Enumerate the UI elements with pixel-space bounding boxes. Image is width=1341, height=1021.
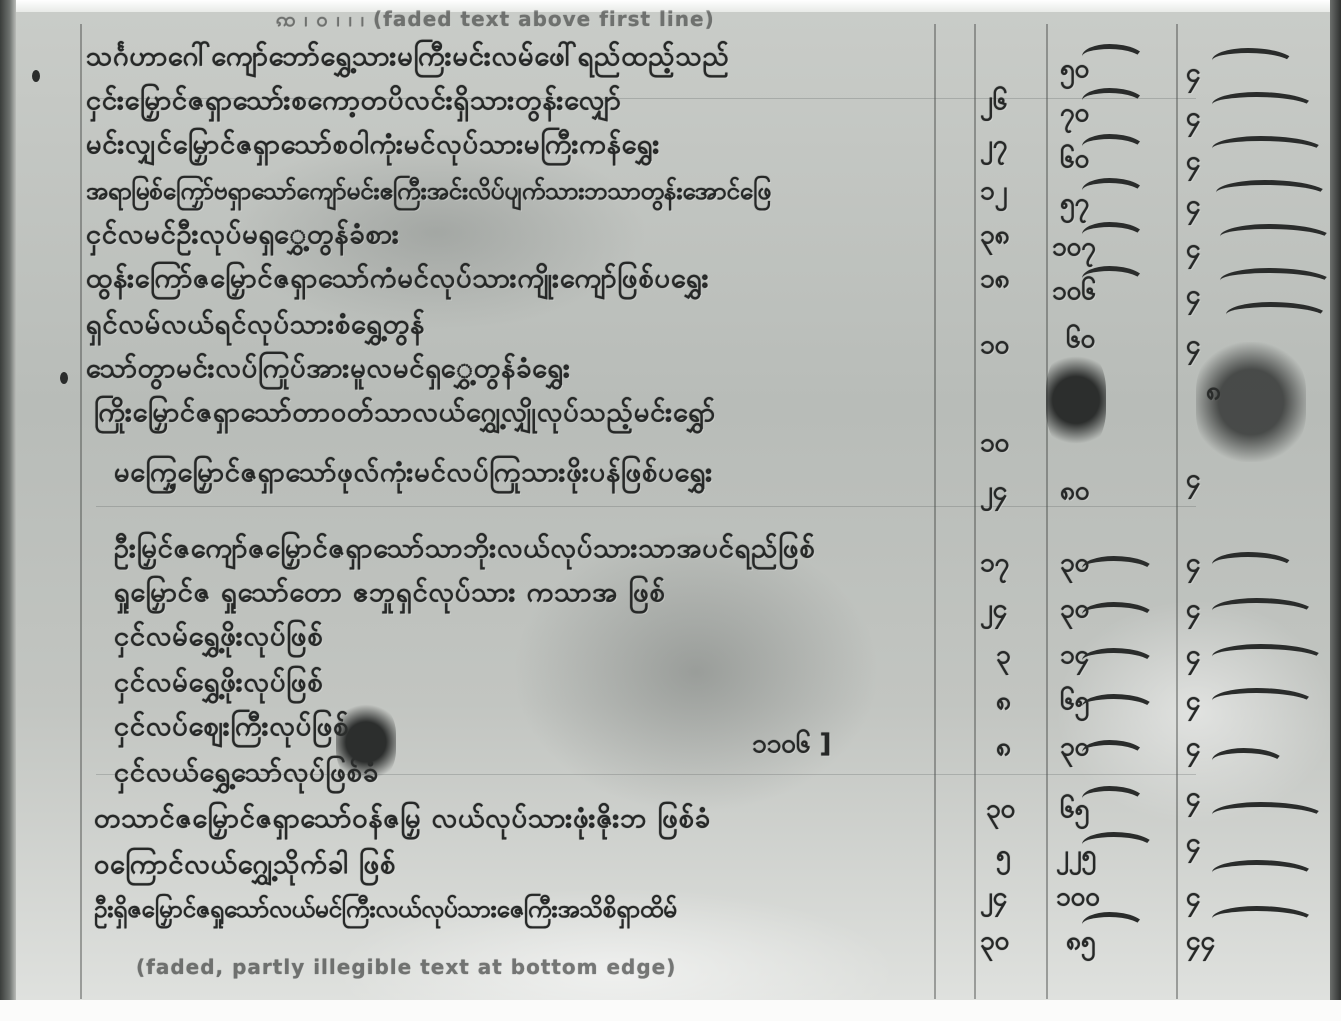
flourish-stroke [1082, 740, 1146, 769]
flourish-stroke [1082, 222, 1146, 251]
text-column-rule [934, 24, 936, 999]
col1-value: ၁၀ [980, 426, 1009, 460]
col1-value: ၂၄ [980, 880, 1007, 914]
ledger-line-5: ငှင်လမင်ဦးလုပ်မရှွှေ့တွန်ခံစား [86, 218, 400, 252]
scan-bottom-edge [0, 1000, 1341, 1021]
ledger-line-3: မင်းလျှင်မြှောင်ဇရှာသော်စ၀ါကုံးမင်လုပ်သာ… [86, 128, 660, 162]
col1-value: ၈ [996, 730, 1011, 764]
horizontal-rule [96, 506, 1196, 507]
ledger-line-19: ဦးရှိဇမြှောင်ဇရှုသော်လယ်မင်ကြီးလယ်လုပ်သာ… [94, 892, 677, 926]
col3-rule [1176, 24, 1178, 999]
col1-value: ၃ [996, 638, 1011, 672]
ledger-line-4: အရာမြစ်ကြှော်ဗရှာသော်ကျော်မင်းဧကြီးအင်းလ… [86, 174, 771, 208]
margin-annotation: ၁၁၀၆ ] [752, 726, 831, 765]
flourish-stroke [1216, 180, 1330, 209]
footer-scribbles: (faded, partly illegible text at bottom … [136, 950, 676, 984]
ink-blot [1046, 350, 1106, 450]
ledger-line-7: ရှင်လမ်လယ်ရင်လုပ်သားစံရွှေ့တွန် [86, 308, 425, 342]
flourish-stroke [1220, 224, 1334, 253]
ink-blot [336, 702, 396, 782]
flourish-stroke [1212, 906, 1316, 935]
col3-value: ၄၄ [1186, 924, 1215, 958]
col1-value: ၂၄ [980, 474, 1007, 508]
flourish-stroke [1082, 44, 1146, 73]
flourish-stroke [1212, 48, 1296, 77]
col1-value: ၂၇ [980, 128, 1007, 162]
col1-value: ၁၈ [980, 262, 1009, 296]
flourish-stroke [1212, 748, 1286, 777]
ledger-line-14: ငှင်လမ်ရွှေ့ဖိုးလုပ်ဖြစ် [114, 666, 324, 700]
ledger-line-12: ရှုမြှောင်ဇ ရှုသော်တော ဧဘှုရှင်လုပ်သား က… [114, 576, 666, 610]
ledger-line-2: ငှင်းမြှောင်ဇရှာသော်းစကော့တပိလင်းရှိသားတ… [86, 84, 622, 118]
col3-value: ၄ [1186, 780, 1201, 814]
left-margin-rule [80, 24, 82, 999]
flourish-stroke [1082, 912, 1146, 941]
flourish-stroke [1212, 92, 1316, 121]
flourish-stroke [1082, 602, 1156, 631]
col3-value: ၄ [1186, 56, 1201, 90]
ink-dot [60, 372, 68, 384]
col1-value: ၁၇ [980, 546, 1009, 580]
ledger-line-11: ဦးမြှင်ဇကျော်ဇမြှောင်ဇရှာသော်သာဘိုးလယ်လု… [114, 532, 816, 566]
flourish-stroke [1082, 178, 1146, 207]
flourish-stroke [1082, 556, 1156, 585]
flourish-stroke [1212, 552, 1296, 581]
ledger-line-13: ငှင်လမ်ရွှေ့ဖိုးလုပ်ဖြစ် [114, 620, 324, 654]
col3-value: ၄ [1186, 232, 1201, 266]
col2-rule [1046, 24, 1048, 999]
col2-value: ၈၀ [1060, 474, 1089, 508]
flourish-stroke [1220, 268, 1334, 297]
flourish-stroke [1082, 648, 1156, 677]
col3-value: ၄ [1186, 638, 1201, 672]
col1-value: ၁၂ [980, 174, 1007, 208]
col1-value: ၂၆ [980, 84, 1007, 118]
col3-value: ၄ [1186, 880, 1201, 914]
col3-value: ၄ [1186, 592, 1201, 626]
flourish-stroke [1212, 644, 1326, 673]
col3-value: ၄ [1186, 730, 1201, 764]
col3-value: ၄ [1186, 144, 1201, 178]
ledger-line-8: သော်တွာမင်းလပ်ကြုပ်အားမူလမင်ရှွှေ့တွန်ခံ… [86, 352, 571, 386]
col3-value: ၄ [1186, 188, 1201, 222]
ledger-line-18: ဝကြောင်လယ်ဂျွှေ့သိုက်ခါ ဖြစ် [94, 848, 396, 882]
ink-dot [32, 70, 40, 82]
flourish-stroke [1082, 694, 1156, 723]
flourish-stroke [1212, 802, 1326, 831]
flourish-stroke [1082, 266, 1146, 295]
col1-rule [974, 24, 976, 999]
col1-value: ၃၈ [980, 218, 1009, 252]
flourish-stroke [1212, 136, 1326, 165]
col1-value: ၅ [996, 838, 1011, 872]
ink-blot [1196, 342, 1306, 462]
flourish-stroke [1082, 134, 1146, 163]
col1-value: ၂၄ [980, 592, 1007, 626]
col3-value: ၄ [1186, 684, 1201, 718]
ledger-line-9: ကြိုးမြှောင်ဇရှာသော်တာဝတ်သာလယ်ဂျွှေ့လျှိ… [94, 396, 716, 430]
col1-value: ၁၀ [980, 328, 1009, 362]
ledger-line-1: သင်္ဂဟာဂေါ်ကျော်ဘော်ရွှေ့သားမကြီးမင်းလမ်… [86, 40, 730, 74]
header-scribbles: ꩡ ၊ ၀ ၊ ၊ ၊ (faded text above first line… [276, 2, 715, 36]
manuscript-page: ꩡ ၊ ၀ ၊ ၊ ၊ (faded text above first line… [16, 12, 1330, 1000]
col1-value: ၈ [996, 684, 1011, 718]
ledger-line-15: ငှင်လပ်စျေးကြီးလုပ်ဖြစ် [114, 710, 349, 744]
flourish-stroke [1082, 786, 1146, 815]
scan-right-edge [1330, 0, 1341, 1021]
col1-value: ၃၀ [980, 924, 1009, 958]
scan-left-edge [0, 0, 16, 1021]
col3-value: ၄ [1186, 826, 1201, 860]
col3-value: ၄ [1186, 546, 1201, 580]
flourish-stroke [1212, 598, 1316, 627]
flourish-stroke [1226, 302, 1330, 331]
col3-value: ၄ [1186, 100, 1201, 134]
col3-value: ၄ [1186, 278, 1201, 312]
flourish-stroke [1082, 832, 1156, 861]
ledger-line-10: မကြှေ့မြှောင်ဇရှာသော်ဖုလ်ကုံးမင်လပ်ကြုသာ… [114, 456, 713, 490]
col3-value: ၄ [1186, 462, 1201, 496]
flourish-stroke [1212, 688, 1316, 717]
ledger-line-17: တသာင်ဇမြှောင်ဇရှာသော်ဝန်ဇမြှ လယ်လုပ်သားဖ… [94, 802, 711, 836]
col2-value: ၁၀၀ [1056, 880, 1100, 914]
ledger-line-6: ထွန်းကြော်ဇမြှောင်ဇရှာသော်ကံမင်လုပ်သားကျ… [86, 262, 710, 296]
flourish-stroke [1212, 860, 1316, 889]
col1-value: ၃၀ [986, 792, 1015, 826]
flourish-stroke [1082, 88, 1146, 117]
col3-value: ၄ [1186, 328, 1201, 362]
